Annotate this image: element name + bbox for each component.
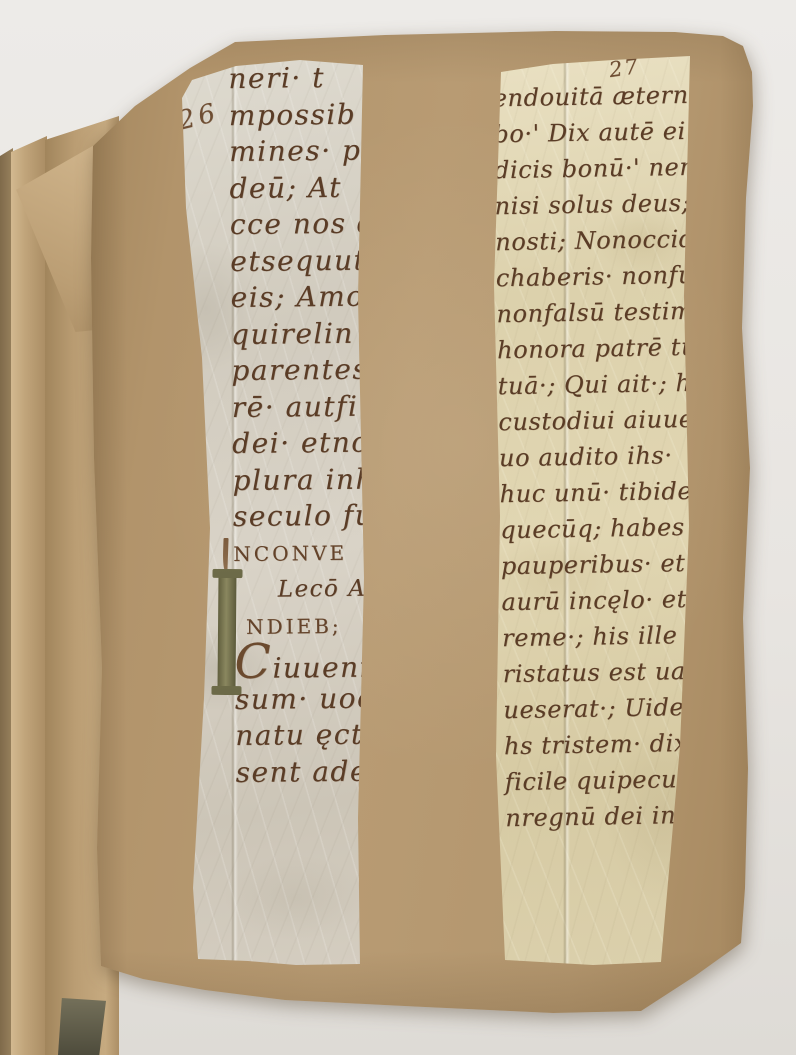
manuscript-line-text: mpossib <box>229 97 357 131</box>
manuscript-line-text: hs tristem· dix <box>504 729 688 760</box>
manuscript-line-text: custodiui aiuue <box>498 405 694 436</box>
manuscript-line-text: honora patrē tuu <box>497 333 713 365</box>
manuscript-line-text: nonfalsū testim <box>496 297 693 328</box>
manuscript-line-text: aurū incęlo· et <box>501 585 687 616</box>
manuscript-line-text: NCONVE <box>233 540 347 565</box>
manuscript-line-text: plura inh <box>232 462 375 496</box>
manuscript-line-text: eis; Amo <box>230 280 364 314</box>
manuscript-line-text: endouitā ætern <box>492 81 688 112</box>
manuscript-line-text: nosti; Nonoccid <box>495 225 695 256</box>
manuscript-line-text: Lecō A <box>278 576 367 603</box>
manuscript-line-text: pauperibus· et h <box>501 549 710 581</box>
spine-fold-mid <box>11 136 47 1055</box>
manuscript-line-text: neri· t <box>228 61 325 95</box>
manuscript-line-text: etsequuti <box>230 243 377 278</box>
manuscript-line-text: parentes <box>231 353 368 387</box>
manuscript-line-text: dicis bonū·' nemo <box>494 152 718 184</box>
manuscript-line-text: reme·; his ille a <box>502 621 701 652</box>
manuscript-line-text: ficile quipecun <box>504 765 693 796</box>
marginal-pen-stroke <box>222 538 228 571</box>
manuscript-line-text: deū; At <box>229 170 342 204</box>
manuscript-line-text: sum· uoc <box>235 681 375 715</box>
parchment-fragment-right: 27 endouitā æternbo·' Dix autē ei ihdici… <box>493 56 691 968</box>
manuscript-line-text: chaberis· nonfur <box>496 261 707 293</box>
manuscript-line-text: rē· autfi <box>232 389 359 423</box>
manuscript-line-text: uo audito ihs· <box>499 441 673 472</box>
manuscript-line-text: mines· p <box>229 134 362 168</box>
manuscript-photograph: 26 neri· tmpossibmines· pdeū; Atcce nos … <box>0 0 796 1055</box>
manuscript-line-text: cce nos d <box>230 207 377 242</box>
manuscript-line-text: quirelin <box>231 316 354 350</box>
manuscript-line-text: tuā·; Qui ait·; h <box>498 369 692 400</box>
manuscript-line-text: ristatus est ual <box>503 657 695 688</box>
manuscript-line-text: ueserat·; Uide <box>503 693 684 724</box>
manuscript-line-text: nregnū dei int <box>505 801 687 832</box>
manuscript-line-text: huc unū· tibide <box>499 477 692 508</box>
manuscript-line-text: bo·' Dix autē ei ih <box>493 116 719 148</box>
manuscript-line-text: quecūq; habes u <box>500 513 709 545</box>
